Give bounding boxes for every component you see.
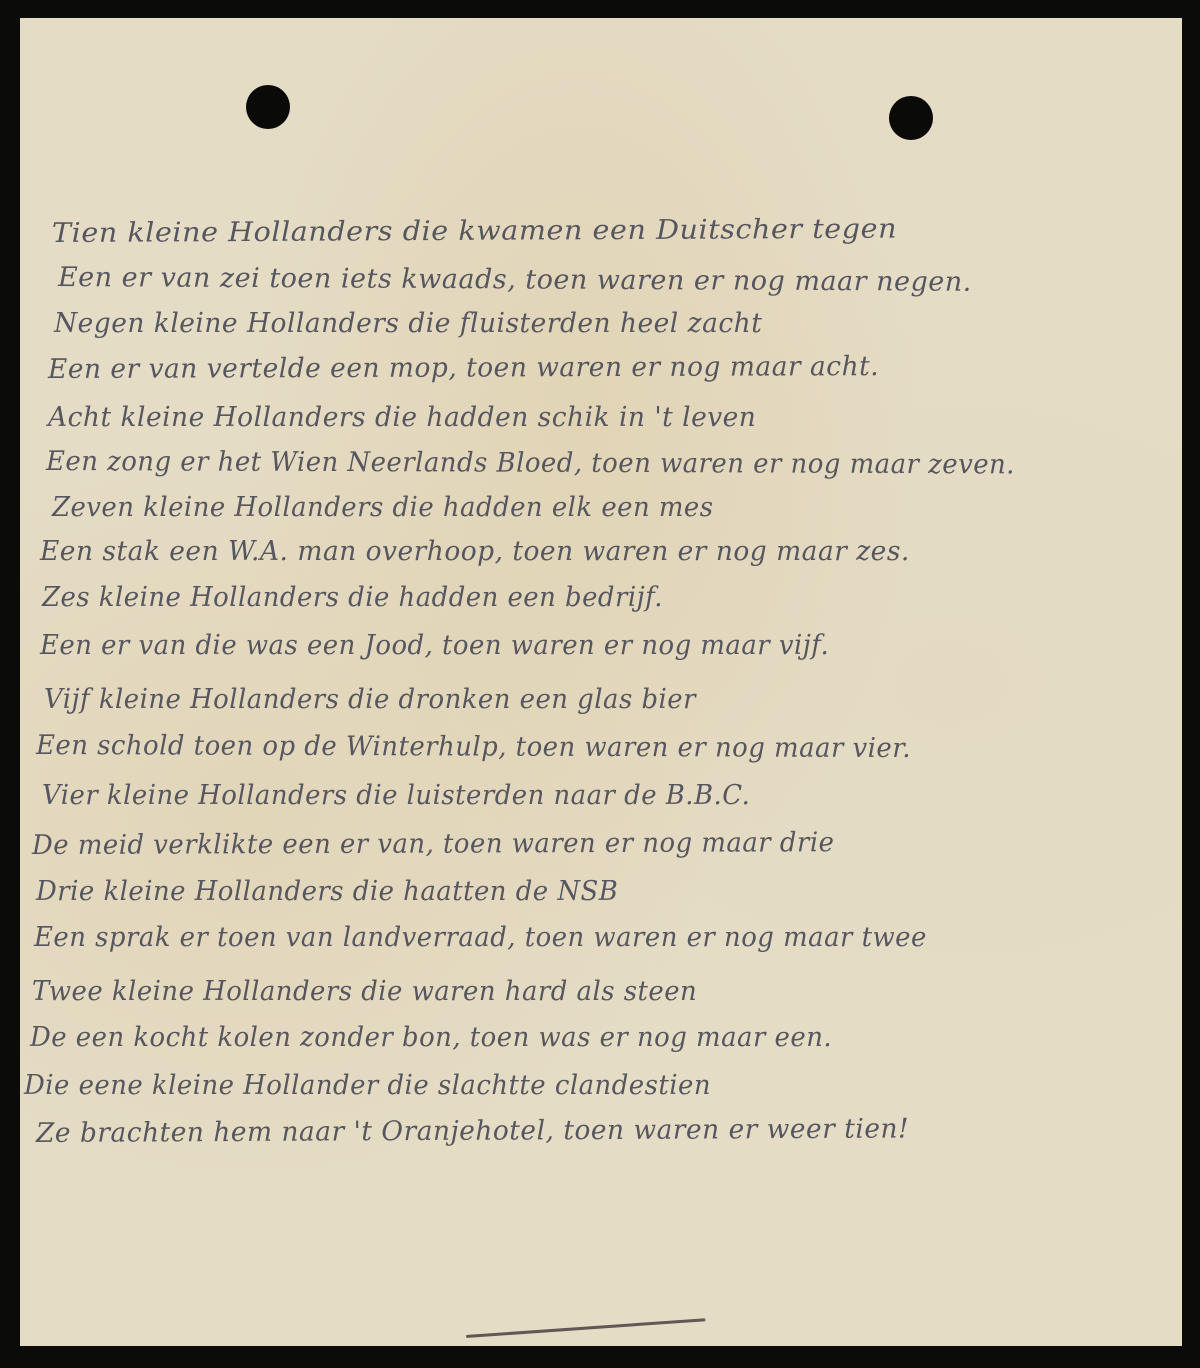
poem-line: Drie kleine Hollanders die haatten de NS… <box>36 876 618 907</box>
poem-line: Een stak een W.A. man overhoop, toen war… <box>40 536 910 567</box>
poem-line: De meid verklikte een er van, toen waren… <box>32 827 834 861</box>
poem-line: Een er van zei toen iets kwaads, toen wa… <box>58 262 972 298</box>
poem-line: Ze brachten hem naar 't Oranjehotel, toe… <box>36 1113 909 1149</box>
poem-line: Een schold toen op de Winterhulp, toen w… <box>36 730 911 764</box>
poem-line: Zes kleine Hollanders die hadden een bed… <box>42 582 663 613</box>
poem-line: Een er van die was een Jood, toen waren … <box>40 630 829 661</box>
poem-line: Een sprak er toen van landverraad, toen … <box>34 922 927 953</box>
poem-line: Die eene kleine Hollander die slachtte c… <box>24 1070 711 1101</box>
poem-line: Vijf kleine Hollanders die dronken een g… <box>44 684 696 715</box>
poem-line: Tien kleine Hollanders die kwamen een Du… <box>52 214 897 249</box>
poem-line: De een kocht kolen zonder bon, toen was … <box>30 1022 832 1053</box>
poem-line: Een zong er het Wien Neerlands Bloed, to… <box>46 446 1015 480</box>
poem-line: Acht kleine Hollanders die hadden schik … <box>48 402 756 433</box>
poem-line: Een er van vertelde een mop, toen waren … <box>48 351 879 385</box>
poem-line: Twee kleine Hollanders die waren hard al… <box>32 976 697 1007</box>
poem-line: Negen kleine Hollanders die fluisterden … <box>54 308 762 339</box>
poem: Tien kleine Hollanders die kwamen een Du… <box>20 18 1182 1346</box>
poem-line: Vier kleine Hollanders die luisterden na… <box>42 780 750 811</box>
manuscript-page: Tien kleine Hollanders die kwamen een Du… <box>20 18 1182 1346</box>
poem-line: Zeven kleine Hollanders die hadden elk e… <box>52 492 714 523</box>
